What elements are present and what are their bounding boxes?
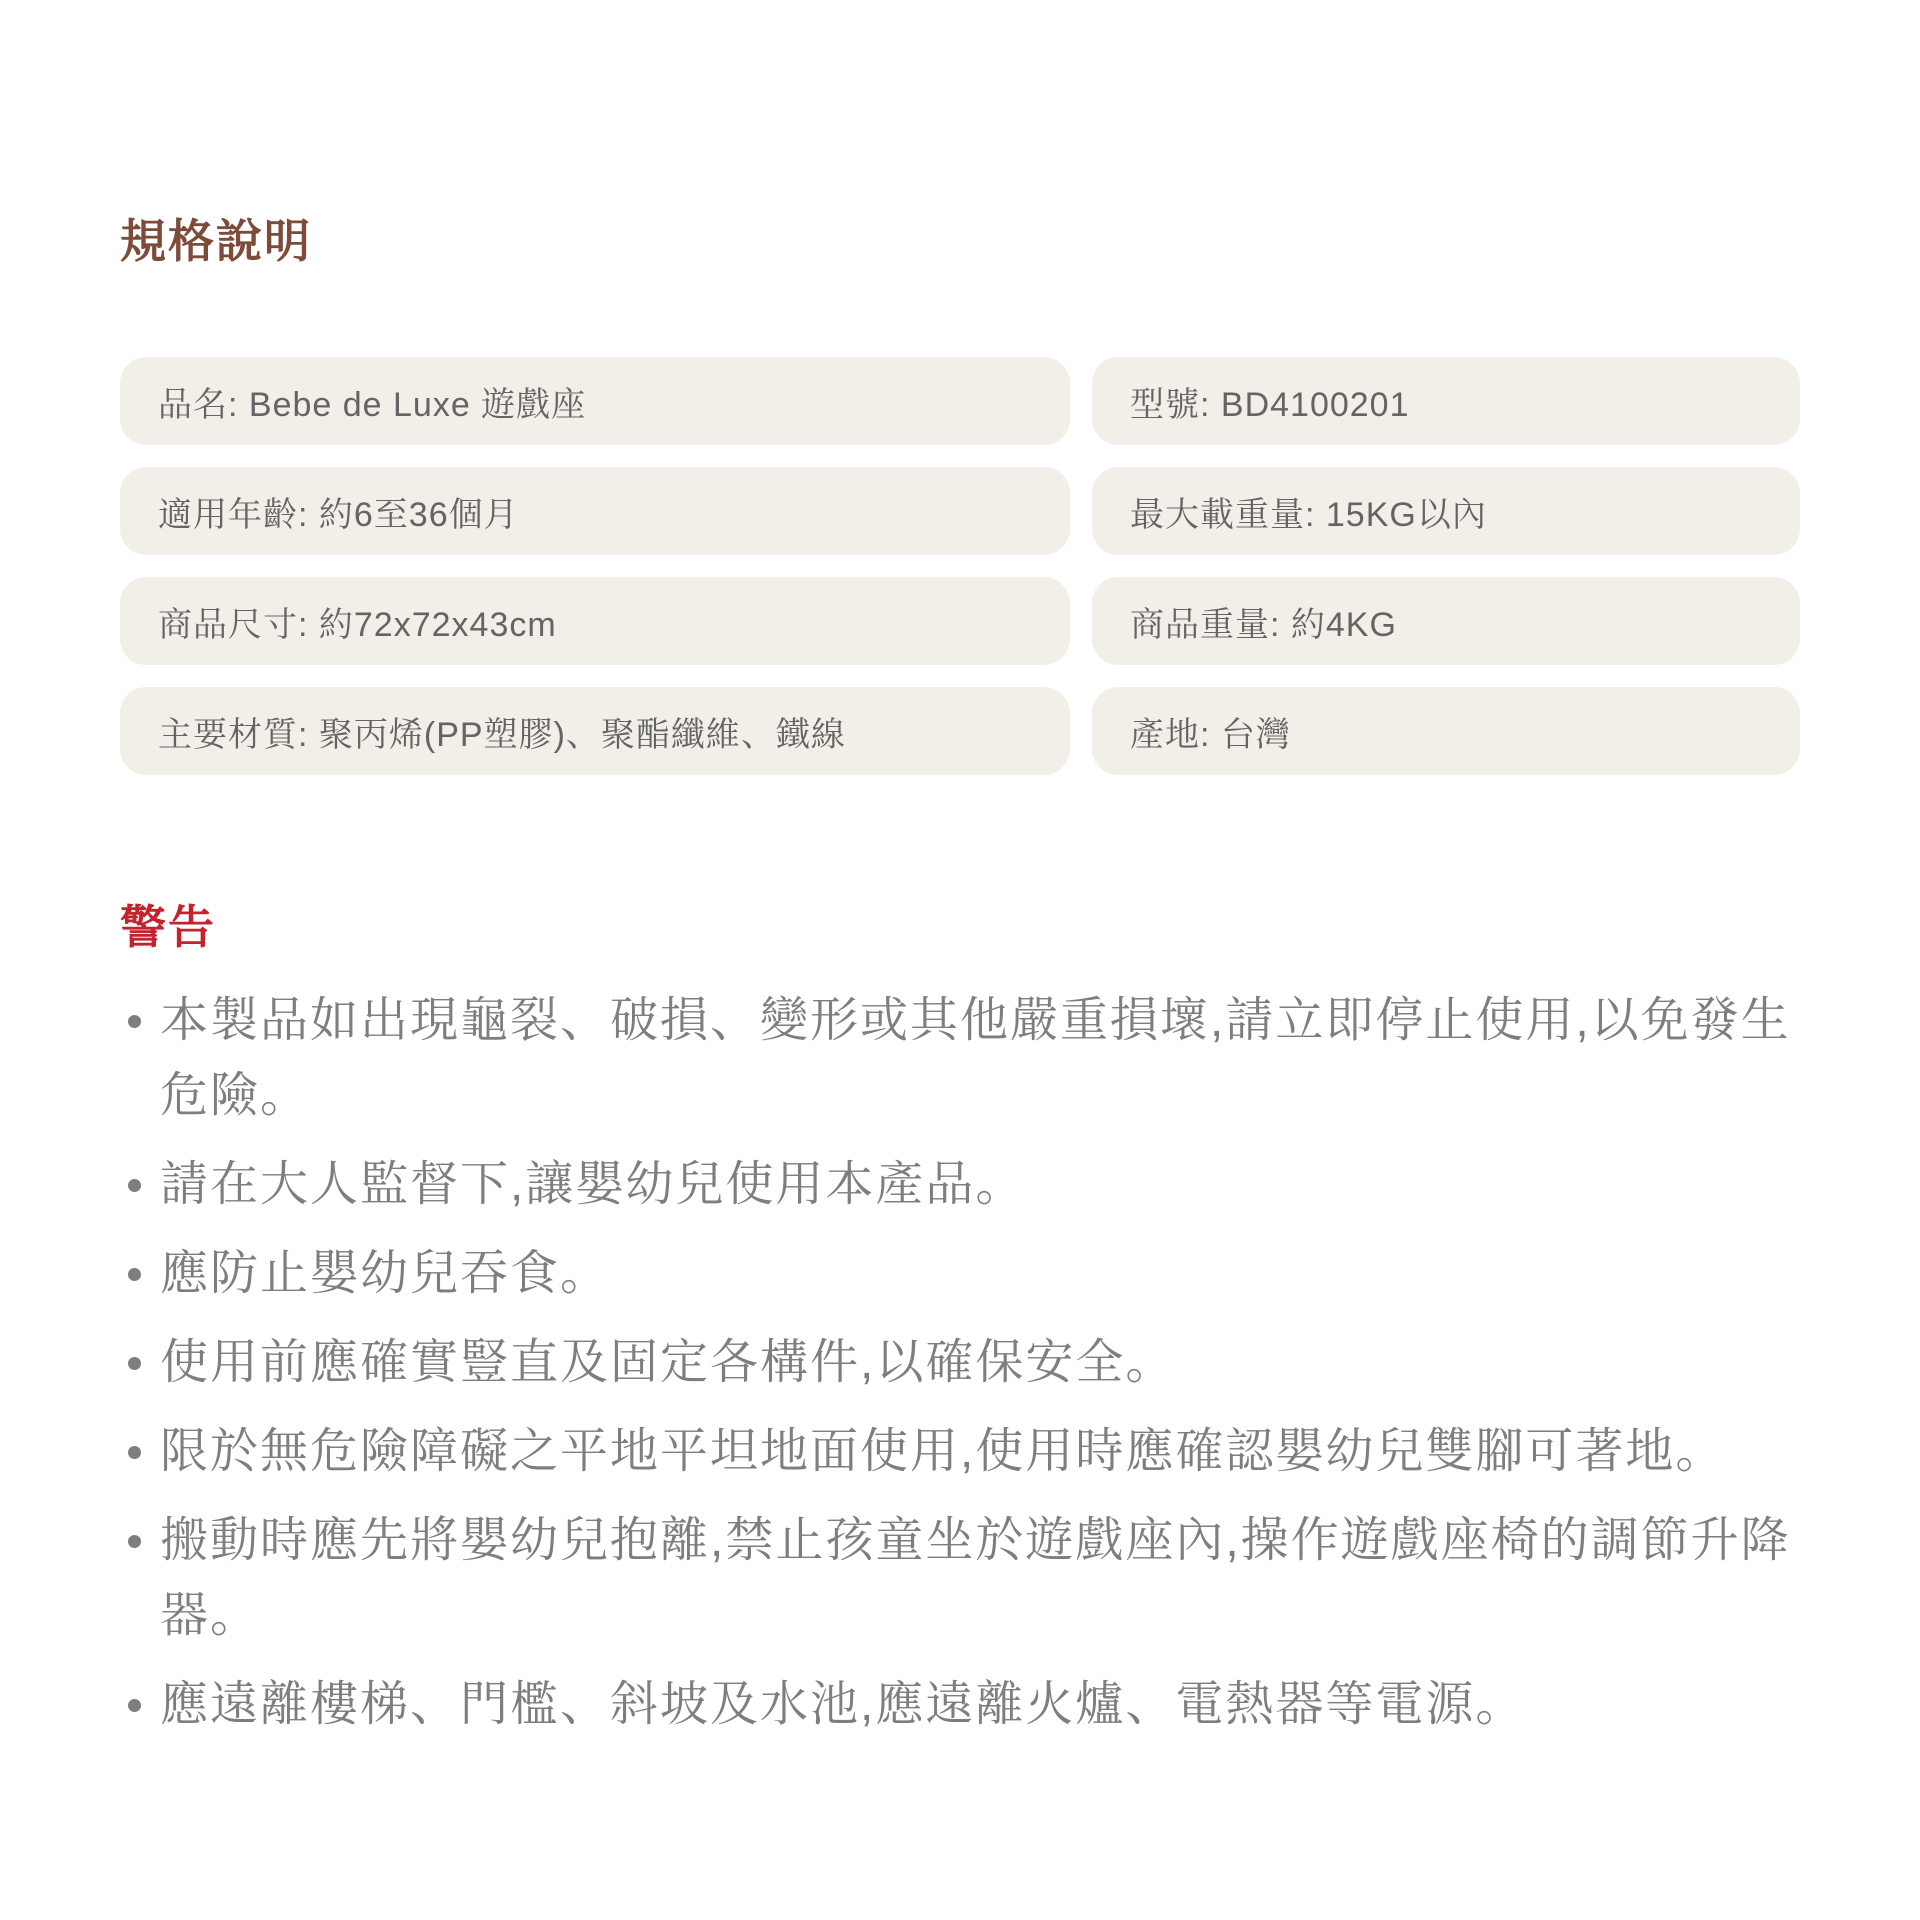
warning-item-damage-stop-use: 本製品如出現龜裂、破損、變形或其他嚴重損壞,請立即停止使用,以免發生危險。 bbox=[120, 983, 1800, 1133]
spec-pill-origin: 產地: 台灣 bbox=[1092, 687, 1800, 775]
spec-pill-product-weight: 商品重量: 約4KG bbox=[1092, 577, 1800, 665]
warning-item-secure-parts: 使用前應確實豎直及固定各構件,以確保安全。 bbox=[120, 1325, 1800, 1400]
warning-list: 本製品如出現龜裂、破損、變形或其他嚴重損壞,請立即停止使用,以免發生危險。 請在… bbox=[120, 983, 1800, 1742]
spec-pill-model-number: 型號: BD4100201 bbox=[1092, 357, 1800, 445]
product-spec-page: 規格說明 品名: Bebe de Luxe 遊戲座 型號: BD4100201 … bbox=[0, 0, 1920, 1920]
warning-item-flat-ground-use: 限於無危險障礙之平地平坦地面使用,使用時應確認嬰幼兒雙腳可著地。 bbox=[120, 1414, 1800, 1489]
warning-item-remove-child-before-moving: 搬動時應先將嬰幼兒抱離,禁止孩童坐於遊戲座內,操作遊戲座椅的調節升降器。 bbox=[120, 1503, 1800, 1653]
spec-table: 品名: Bebe de Luxe 遊戲座 型號: BD4100201 適用年齡:… bbox=[120, 357, 1800, 775]
warning-section-title: 警告 bbox=[120, 891, 1800, 957]
spec-pill-dimensions: 商品尺寸: 約72x72x43cm bbox=[120, 577, 1070, 665]
spec-pill-age-range: 適用年齡: 約6至36個月 bbox=[120, 467, 1070, 555]
warning-item-adult-supervision: 請在大人監督下,讓嬰幼兒使用本產品。 bbox=[120, 1147, 1800, 1222]
spec-row: 品名: Bebe de Luxe 遊戲座 型號: BD4100201 bbox=[120, 357, 1800, 445]
spec-row: 適用年齡: 約6至36個月 最大載重量: 15KG以內 bbox=[120, 467, 1800, 555]
spec-section-title: 規格說明 bbox=[120, 205, 1800, 271]
spec-pill-max-load: 最大載重量: 15KG以內 bbox=[1092, 467, 1800, 555]
spec-row: 主要材質: 聚丙烯(PP塑膠)、聚酯纖維、鐵線 產地: 台灣 bbox=[120, 687, 1800, 775]
spec-row: 商品尺寸: 約72x72x43cm 商品重量: 約4KG bbox=[120, 577, 1800, 665]
spec-pill-product-name: 品名: Bebe de Luxe 遊戲座 bbox=[120, 357, 1070, 445]
spec-pill-materials: 主要材質: 聚丙烯(PP塑膠)、聚酯纖維、鐵線 bbox=[120, 687, 1070, 775]
warning-item-keep-away-hazards: 應遠離樓梯、門檻、斜坡及水池,應遠離火爐、電熱器等電源。 bbox=[120, 1667, 1800, 1742]
warning-item-prevent-swallowing: 應防止嬰幼兒吞食。 bbox=[120, 1236, 1800, 1311]
